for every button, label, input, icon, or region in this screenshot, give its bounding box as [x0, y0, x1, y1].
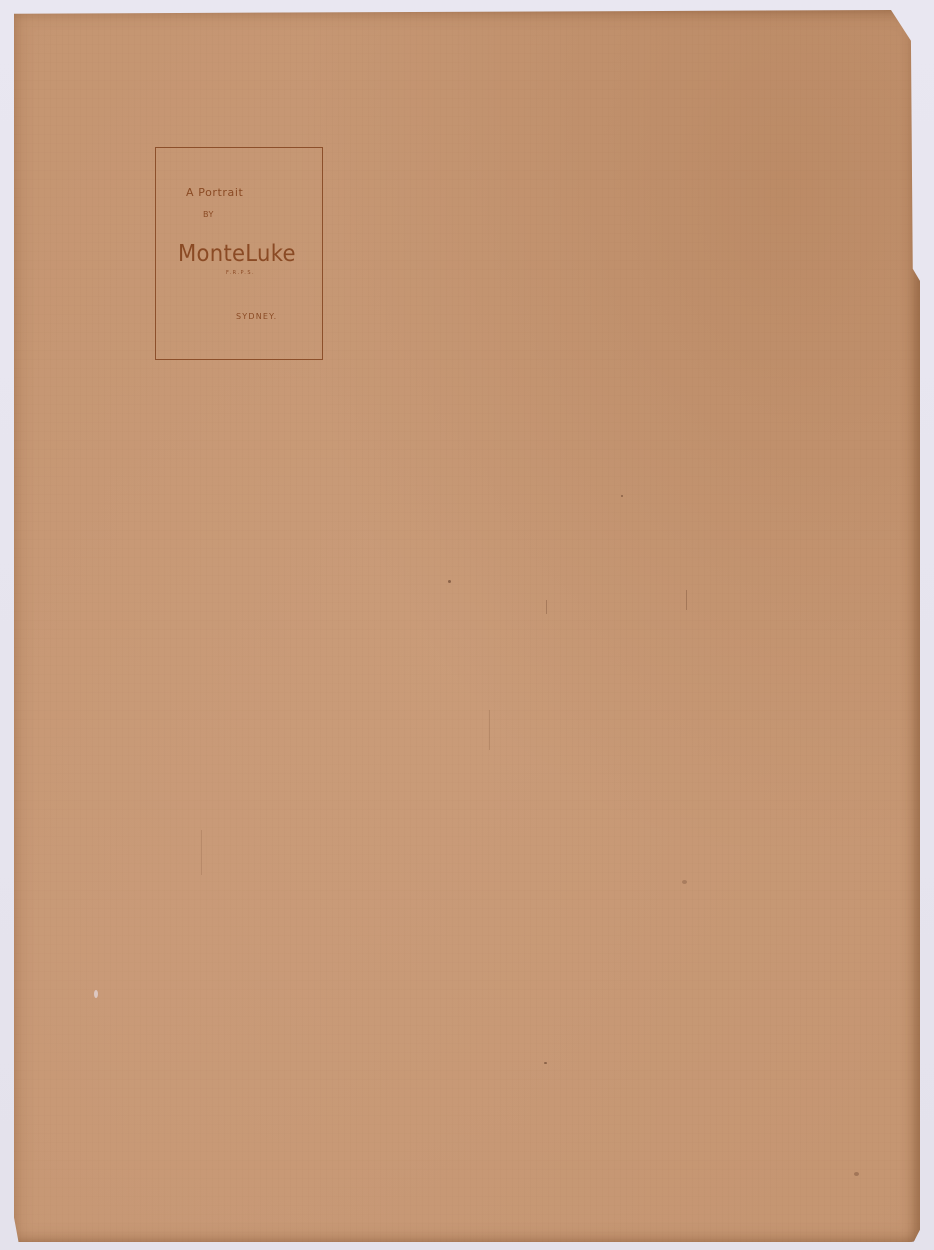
- paper-scratch: [546, 600, 547, 614]
- paper-scratch: [686, 590, 687, 610]
- paper-speck: [621, 495, 623, 497]
- paper-speck: [682, 880, 687, 884]
- paper-speck: [94, 990, 98, 998]
- photo-background: A Portrait BY MonteLuke F.R.P.S. SYDNEY.: [0, 0, 934, 1250]
- label-by: BY: [203, 210, 214, 219]
- studio-name: MonteLuke: [178, 241, 296, 267]
- paper-scratch: [201, 830, 202, 875]
- studio-city: SYDNEY.: [236, 312, 277, 321]
- studio-stamp-box: A Portrait BY MonteLuke F.R.P.S. SYDNEY.: [155, 147, 323, 360]
- paper-speck: [854, 1172, 859, 1176]
- label-a-portrait: A Portrait: [186, 186, 243, 199]
- portrait-folder-cover: [14, 10, 920, 1242]
- paper-speck: [544, 1062, 547, 1064]
- paper-speck: [448, 580, 451, 583]
- studio-qualifications: F.R.P.S.: [226, 270, 255, 276]
- paper-scratch: [489, 710, 490, 750]
